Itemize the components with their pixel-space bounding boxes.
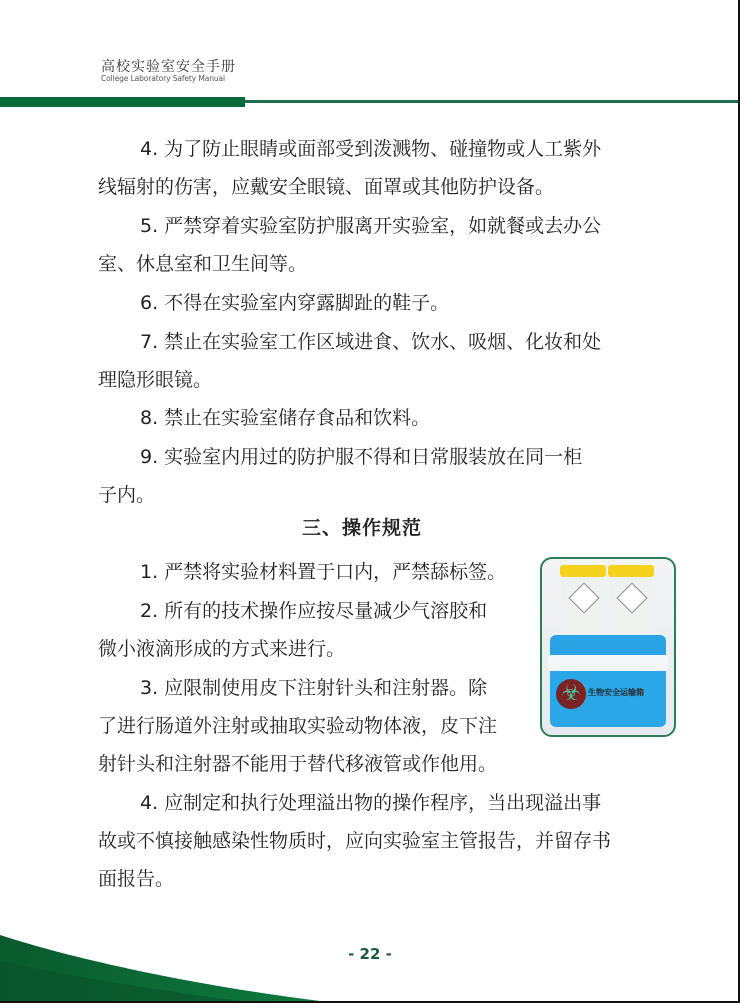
paragraph-line: 了进行肠道外注射或抽取实验动物体液，皮下注 [98,707,530,745]
paragraph-line: 室、休息室和卫生间等。 [98,245,643,283]
paragraph-line: 1. 严禁将实验材料置于口内，严禁舔标签。 [98,553,530,591]
specimen-jar [562,567,604,633]
paragraph-line: 2. 所有的技术操作应按尽量减少气溶胶和 [98,592,530,630]
paragraph-item-4: 4. 为了防止眼睛或面部受到泼溅物、碰撞物或人工紫外 线辐射的伤害，应戴安全眼镜… [98,130,643,206]
paragraph-item-7: 7. 禁止在实验室工作区域进食、饮水、吸烟、化妆和处 理隐形眼镜。 [98,323,643,399]
cooler-band [548,655,668,671]
paragraph-line: 8. 禁止在实验室储存食品和饮料。 [98,399,643,437]
paragraph-line: 4. 为了防止眼睛或面部受到泼溅物、碰撞物或人工紫外 [98,130,643,168]
paragraph-line: 3. 应限制使用皮下注射针头和注射器。除 [98,669,530,707]
paragraph-item-9: 9. 实验室内用过的防护服不得和日常服装放在同一柜 子内。 [98,438,643,514]
paragraph-line: 面报告。 [98,860,643,898]
paragraph-line: 微小液滴形成的方式来进行。 [98,630,530,668]
paragraph-line: 4. 应制定和执行处理溢出物的操作程序，当出现溢出事 [98,784,643,822]
paragraph-line: 理隐形眼镜。 [98,361,643,399]
paragraph-line: 线辐射的伤害，应戴安全眼镜、面罩或其他防护设备。 [98,168,643,206]
paragraph-line: 6. 不得在实验室内穿露脚趾的鞋子。 [98,284,643,322]
paragraph-item-6: 6. 不得在实验室内穿露脚趾的鞋子。 [98,284,643,322]
paragraph-line: 子内。 [98,476,643,514]
document-page: 高校实验室安全手册 College Laboratory Safety Manu… [0,0,740,1003]
section-title: 三、操作规范 [302,513,422,540]
paragraph-item-5: 5. 严禁穿着实验室防护服离开实验室，如就餐或去办公 室、休息室和卫生间等。 [98,207,643,283]
header-subtitle: College Laboratory Safety Manual [101,74,225,83]
jar-lid [560,565,606,577]
paragraph-line: 9. 实验室内用过的防护服不得和日常服装放在同一柜 [98,438,643,476]
paragraph-line: 故或不慎接触感染性物质时，应向实验室主管报告，并留存书 [98,822,643,860]
header-rule-thin [245,100,740,103]
section-item-3: 3. 应限制使用皮下注射针头和注射器。除 了进行肠道外注射或抽取实验动物体液，皮… [98,669,530,783]
paragraph-line: 射针头和注射器不能用于替代移液管或作他用。 [98,745,643,783]
paragraph-line: 5. 严禁穿着实验室防护服离开实验室，如就餐或去办公 [98,207,643,245]
paragraph-item-8: 8. 禁止在实验室储存食品和饮料。 [98,399,643,437]
section-item-2: 2. 所有的技术操作应按尽量减少气溶胶和 微小液滴形成的方式来进行。 [98,592,530,668]
section-item-1: 1. 严禁将实验材料置于口内，严禁舔标签。 [98,553,530,591]
paragraph-line: 7. 禁止在实验室工作区域进食、饮水、吸烟、化妆和处 [98,323,643,361]
cooler-label: 生物安全运输箱 [588,687,644,698]
jar-lid [608,565,654,577]
hazard-label-icon [568,582,599,613]
biosafety-box-photo: ☣ 生物安全运输箱 [540,557,676,737]
section-item-4: 4. 应制定和执行处理溢出物的操作程序，当出现溢出事 故或不慎接触感染性物质时，… [98,784,643,898]
biohazard-icon: ☣ [556,679,586,709]
hazard-label-icon [616,582,647,613]
header-title: 高校实验室安全手册 [101,56,236,76]
page-number: - 22 - [0,945,740,963]
header-rule-thick [0,97,245,107]
specimen-jar [610,567,652,633]
